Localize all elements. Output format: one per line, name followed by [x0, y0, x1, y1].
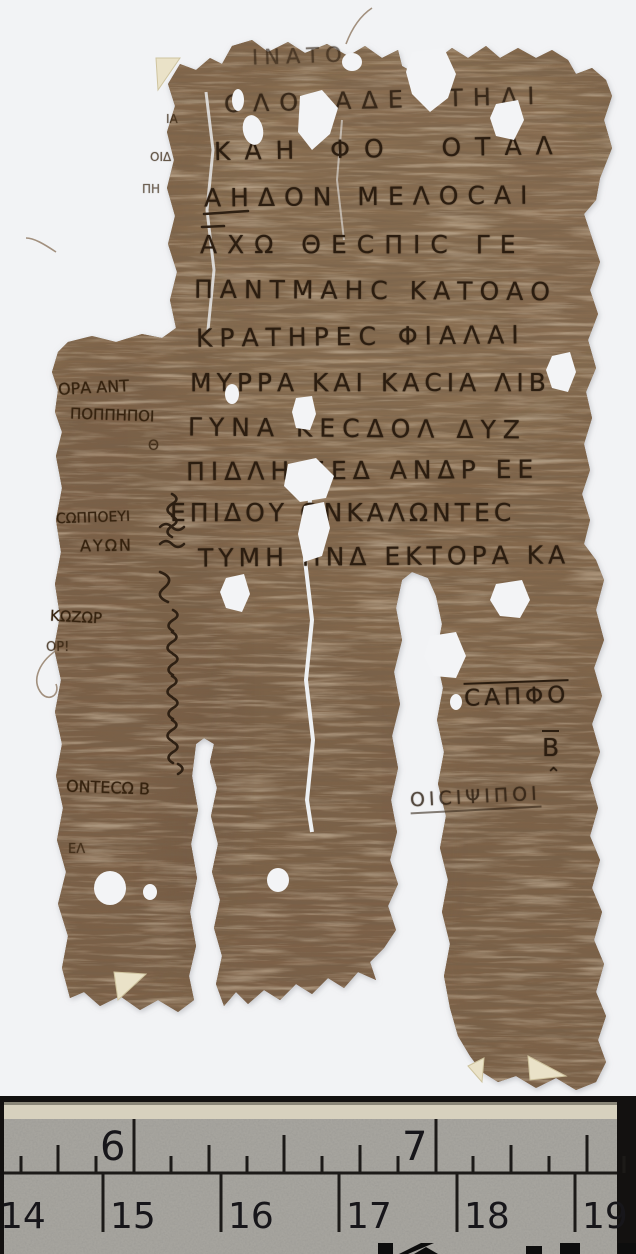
papyrus-text-line: ΤΥΜΗ ΗΝΔ ΕΚΤΟΡΑ ΚΑ	[198, 540, 570, 572]
ruler-cm-label: 16	[228, 1196, 274, 1237]
papyrus-colophon-line: ΟΙCΙΨΙΠΟΙ	[409, 783, 541, 815]
papyrus-marginal-note: ΑΥΩΝ	[80, 536, 133, 556]
papyrus-text-line: ΚΡΑΤΗΡΕC ΦΙΑΛΑΙ	[196, 320, 526, 352]
ruler-cm-label: 19	[582, 1196, 628, 1237]
papyrus-text-line: ΑΗΔΟΝ ΜΕΛΟCΑΙ	[204, 181, 537, 213]
papyrus-marginal-note: ΠΟΠΠΗΠΟΙ	[70, 405, 155, 426]
papyrus-marginal-note: ΕΛ	[68, 842, 85, 857]
ruler-cm-label: 18	[464, 1196, 510, 1237]
papyrus-text-line: ΠΙΔΛΗ ΕΕΔ ΑΝΔΡ ΕΕ	[186, 455, 539, 486]
ruler-cm-label: 14	[0, 1196, 46, 1237]
papyrus-book-numeral: Β	[542, 730, 559, 762]
papyrus-text-line: ΑΧΩ ΘΕCΠΙC ΓΕ	[200, 230, 526, 259]
papyrus-marginal-note: ΟΡ!	[46, 640, 69, 655]
ruler-inch-label: 6	[100, 1124, 125, 1170]
papyrus-text-line: ΜΥΡΡΑ ΚΑΙ ΚΑCΙΑ ΛΙΒ	[190, 368, 551, 397]
papyrus-marginal-note: ΟΡΑ ΑΝΤ	[58, 376, 130, 399]
ruler-cm-label: 15	[110, 1196, 156, 1237]
papyrus-marginal-note: CΩΠΠΟΕΥΙ	[56, 509, 131, 528]
papyrus-marginal-note: Θ	[148, 438, 159, 454]
papyrus-text-line: ΓΥΝΑ ΚΕCΔΟΛ ΔΥΖ	[188, 413, 527, 445]
papyrus-text-line: ΚΑΗ ΦΟ ΟΤΑΛ	[214, 131, 567, 166]
ruler-cm-label: 17	[346, 1196, 392, 1237]
papyrus-text-layer: ΙΝΑΤΟ ΟΛΟCΑΔΕ ΤΗΛΙ ΚΑΗ ΦΟ ΟΤΑΛ ΑΗΔΟΝ ΜΕΛ…	[0, 0, 636, 1100]
papyrus-marginal-note: ΙΑ	[166, 112, 178, 126]
papyrus-text-line: ΠΑΝΤΜΑΗC ΚΑΤΟΑΟ	[194, 275, 557, 307]
papyrus-text-line: ΟΛΟCΑΔΕ ΤΗΛΙ	[224, 82, 545, 118]
papyrus-marginal-note: ΟΙΔ	[150, 150, 171, 164]
papyrus-marginal-note: ΠΗ	[142, 182, 160, 196]
papyrus-text-line: ΕΠΙΔΟΥ ΟΝΚΑΛΩΝΤΕC	[170, 498, 515, 527]
papyrus-marginal-note: ΚΩΖΩΡ	[50, 607, 103, 628]
papyrus-title-sappho: CΑΠΦΟ	[464, 679, 570, 712]
papyrus-marginal-note: ΟΝΤΕCΩ Β	[66, 777, 151, 799]
photo-of-papyrus: ΙΝΑΤΟ ΟΛΟCΑΔΕ ΤΗΛΙ ΚΑΗ ΦΟ ΟΤΑΛ ΑΗΔΟΝ ΜΕΛ…	[0, 0, 636, 1254]
photographic-ruler	[0, 1096, 636, 1254]
papyrus-text-line: ΙΝΑΤΟ	[252, 42, 348, 69]
ruler-inch-label: 7	[402, 1124, 427, 1170]
papyrus-caret-mark: ⌃	[546, 764, 561, 785]
